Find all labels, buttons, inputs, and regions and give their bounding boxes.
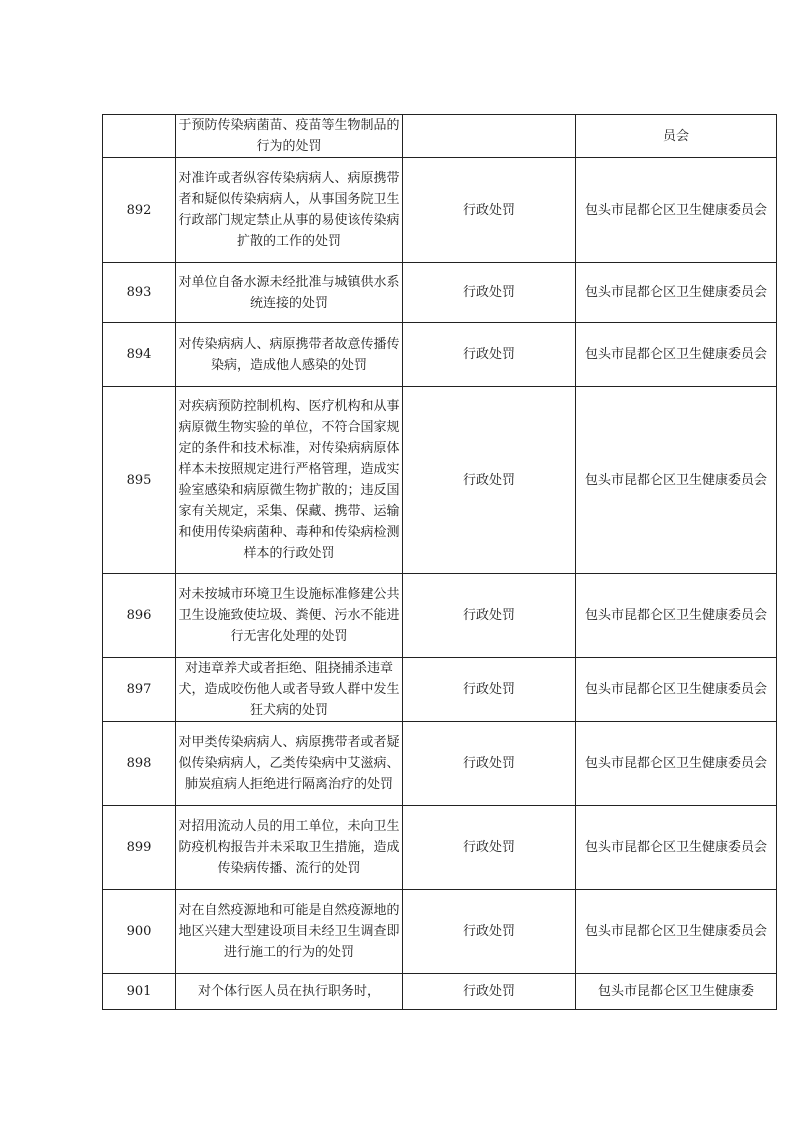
table-row: 900 对在自然疫源地和可能是自然疫源地的地区兴建大型建设项目未经卫生调查即进行…	[103, 890, 777, 974]
penalty-type-cell: 行政处罚	[403, 574, 576, 658]
row-number-cell: 895	[103, 387, 176, 574]
penalty-item-name-cell: 对招用流动人员的用工单位，未向卫生防疫机构报告并未采取卫生措施，造成传染病传播、…	[176, 806, 403, 890]
administrative-penalty-table: 于预防传染病菌苗、疫苗等生物制品的行为的处罚 员会 892 对准许或者纵容传染病…	[102, 114, 777, 1010]
responsible-department-cell: 包头市昆都仑区卫生健康委员会	[576, 387, 777, 574]
penalty-item-name-cell: 对违章养犬或者拒绝、阻挠捕杀违章犬，造成咬伤他人或者导致人群中发生狂犬病的处罚	[176, 658, 403, 722]
table-row: 897 对违章养犬或者拒绝、阻挠捕杀违章犬，造成咬伤他人或者导致人群中发生狂犬病…	[103, 658, 777, 722]
responsible-department-cell: 包头市昆都仑区卫生健康委员会	[576, 158, 777, 263]
table-row: 894 对传染病病人、病原携带者故意传播传染病，造成他人感染的处罚 行政处罚 包…	[103, 323, 777, 387]
row-number-cell: 892	[103, 158, 176, 263]
table-row: 于预防传染病菌苗、疫苗等生物制品的行为的处罚 员会	[103, 115, 777, 158]
table-row: 895 对疾病预防控制机构、医疗机构和从事病原微生物实验的单位，不符合国家规定的…	[103, 387, 777, 574]
row-number-cell: 897	[103, 658, 176, 722]
responsible-department-cell: 包头市昆都仑区卫生健康委员会	[576, 658, 777, 722]
document-page: 于预防传染病菌苗、疫苗等生物制品的行为的处罚 员会 892 对准许或者纵容传染病…	[0, 0, 793, 1122]
row-number-cell: 899	[103, 806, 176, 890]
responsible-department-cell: 包头市昆都仑区卫生健康委员会	[576, 890, 777, 974]
table-row: 892 对准许或者纵容传染病病人、病原携带者和疑似传染病病人，从事国务院卫生行政…	[103, 158, 777, 263]
penalty-type-cell: 行政处罚	[403, 890, 576, 974]
penalty-type-cell: 行政处罚	[403, 263, 576, 323]
responsible-department-cell: 包头市昆都仑区卫生健康委员会	[576, 806, 777, 890]
responsible-department-cell: 包头市昆都仑区卫生健康委员会	[576, 722, 777, 806]
row-number-cell: 901	[103, 974, 176, 1010]
responsible-department-cell: 包头市昆都仑区卫生健康委员会	[576, 574, 777, 658]
responsible-department-cell: 员会	[576, 115, 777, 158]
row-number-cell: 900	[103, 890, 176, 974]
table-row: 899 对招用流动人员的用工单位，未向卫生防疫机构报告并未采取卫生措施，造成传染…	[103, 806, 777, 890]
penalty-item-name-cell: 于预防传染病菌苗、疫苗等生物制品的行为的处罚	[176, 115, 403, 158]
responsible-department-cell: 包头市昆都仑区卫生健康委员会	[576, 323, 777, 387]
table-row: 898 对甲类传染病病人、病原携带者或者疑似传染病病人，乙类传染病中艾滋病、肺炭…	[103, 722, 777, 806]
penalty-type-cell: 行政处罚	[403, 722, 576, 806]
penalty-type-cell: 行政处罚	[403, 387, 576, 574]
row-number-cell: 896	[103, 574, 176, 658]
penalty-item-name-cell: 对甲类传染病病人、病原携带者或者疑似传染病病人，乙类传染病中艾滋病、肺炭疽病人拒…	[176, 722, 403, 806]
penalty-item-name-cell: 对疾病预防控制机构、医疗机构和从事病原微生物实验的单位，不符合国家规定的条件和技…	[176, 387, 403, 574]
table-row: 896 对未按城市环境卫生设施标准修建公共卫生设施致使垃圾、粪便、污水不能进行无…	[103, 574, 777, 658]
row-number-cell: 898	[103, 722, 176, 806]
penalty-item-name-cell: 对传染病病人、病原携带者故意传播传染病，造成他人感染的处罚	[176, 323, 403, 387]
penalty-item-name-cell: 对个体行医人员在执行职务时，	[176, 974, 403, 1010]
penalty-type-cell: 行政处罚	[403, 974, 576, 1010]
penalty-type-cell: 行政处罚	[403, 323, 576, 387]
row-number-cell: 893	[103, 263, 176, 323]
penalty-item-name-cell: 对在自然疫源地和可能是自然疫源地的地区兴建大型建设项目未经卫生调查即进行施工的行…	[176, 890, 403, 974]
penalty-item-name-cell: 对单位自备水源未经批准与城镇供水系统连接的处罚	[176, 263, 403, 323]
row-number-cell: 894	[103, 323, 176, 387]
penalty-type-cell: 行政处罚	[403, 806, 576, 890]
penalty-type-cell: 行政处罚	[403, 158, 576, 263]
penalty-item-name-cell: 对未按城市环境卫生设施标准修建公共卫生设施致使垃圾、粪便、污水不能进行无害化处理…	[176, 574, 403, 658]
penalty-type-cell	[403, 115, 576, 158]
responsible-department-cell: 包头市昆都仑区卫生健康委	[576, 974, 777, 1010]
penalty-item-name-cell: 对准许或者纵容传染病病人、病原携带者和疑似传染病病人，从事国务院卫生行政部门规定…	[176, 158, 403, 263]
penalty-type-cell: 行政处罚	[403, 658, 576, 722]
row-number-cell	[103, 115, 176, 158]
responsible-department-cell: 包头市昆都仑区卫生健康委员会	[576, 263, 777, 323]
table-row: 893 对单位自备水源未经批准与城镇供水系统连接的处罚 行政处罚 包头市昆都仑区…	[103, 263, 777, 323]
table-row: 901 对个体行医人员在执行职务时， 行政处罚 包头市昆都仑区卫生健康委	[103, 974, 777, 1010]
